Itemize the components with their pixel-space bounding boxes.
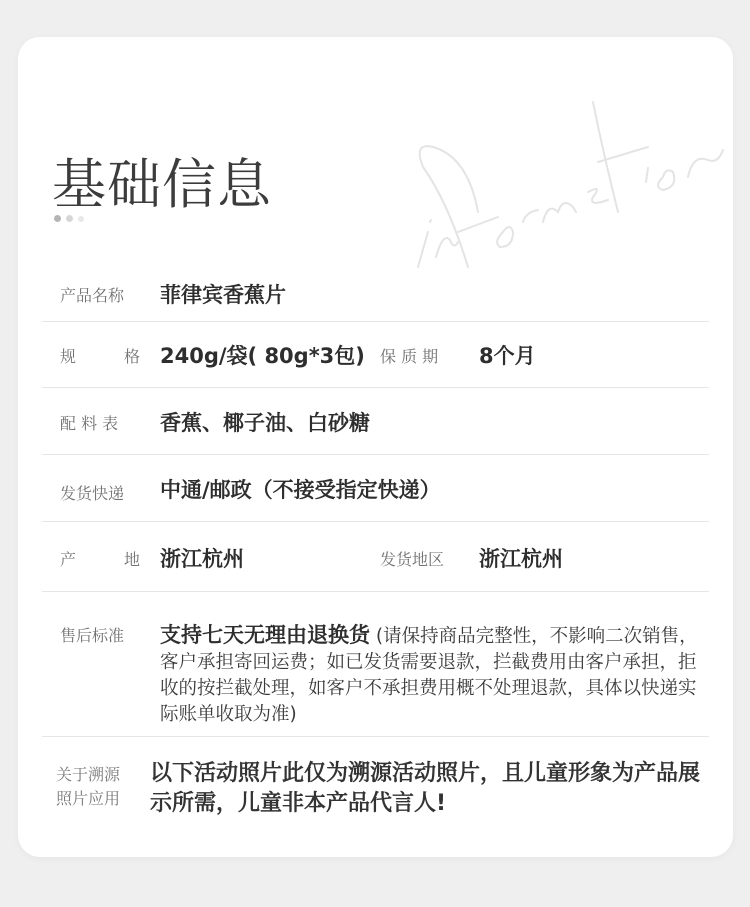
spec-label: 规 格 xyxy=(60,347,140,367)
spec-label-right: 格 xyxy=(124,347,140,367)
trace-photos-label-line2: 照片应用 xyxy=(56,787,140,811)
row-origin: 产 地 浙江杭州 发货地区 浙江杭州 xyxy=(42,522,709,592)
ship-region-value: 浙江杭州 xyxy=(479,546,563,572)
after-sale-headline: 支持七天无理由退换货 xyxy=(160,623,370,647)
product-name-value: 菲律宾香蕉片 xyxy=(160,282,286,308)
trace-photos-label-line1: 关于溯源 xyxy=(56,763,140,787)
page-indicator xyxy=(54,215,84,222)
origin-label-right: 地 xyxy=(124,550,140,570)
ingredients-value: 香蕉、椰子油、白砂糖 xyxy=(160,410,370,436)
shipping-value: 中通/邮政（不接受指定快递） xyxy=(160,477,441,503)
indicator-dot xyxy=(78,216,84,222)
information-watermark xyxy=(388,92,728,282)
basic-info-card: 基础信息 产品名称 菲律宾香蕉片 规 格 240g/袋( 80g*3包) 保 质… xyxy=(18,37,733,857)
after-sale-label: 售后标准 xyxy=(60,626,124,646)
row-shipping: 发货快递 中通/邮政（不接受指定快递） xyxy=(42,455,709,522)
spec-value: 240g/袋( 80g*3包) xyxy=(160,343,365,369)
spec-label-left: 规 xyxy=(60,347,76,367)
shipping-label: 发货快递 xyxy=(60,484,124,504)
row-product-name: 产品名称 菲律宾香蕉片 xyxy=(42,262,709,322)
indicator-dot xyxy=(54,215,61,222)
row-spec: 规 格 240g/袋( 80g*3包) 保 质 期 8个月 xyxy=(42,322,709,388)
ingredients-label: 配 料 表 xyxy=(60,414,118,434)
trace-photos-value: 以下活动照片此仅为溯源活动照片，且儿童形象为产品展示所需，儿童非本产品代言人! xyxy=(150,759,710,819)
row-after-sale: 售后标准 支持七天无理由退换货 (请保持商品完整性，不影响二次销售，客户承担寄回… xyxy=(42,592,709,737)
row-ingredients: 配 料 表 香蕉、椰子油、白砂糖 xyxy=(42,388,709,455)
page-title: 基础信息 xyxy=(52,155,272,215)
after-sale-text: 支持七天无理由退换货 (请保持商品完整性，不影响二次销售，客户承担寄回运费；如已… xyxy=(160,622,700,728)
shelf-life-value: 8个月 xyxy=(479,343,536,369)
row-trace-photos: 关于溯源 照片应用 以下活动照片此仅为溯源活动照片，且儿童形象为产品展示所需，儿… xyxy=(42,737,709,847)
origin-value: 浙江杭州 xyxy=(160,546,244,572)
ship-region-label: 发货地区 xyxy=(380,550,444,570)
origin-label: 产 地 xyxy=(60,550,140,570)
shelf-life-label: 保 质 期 xyxy=(380,347,438,367)
product-name-label: 产品名称 xyxy=(60,286,124,306)
trace-photos-label: 关于溯源 照片应用 xyxy=(56,763,140,811)
origin-label-left: 产 xyxy=(60,550,76,570)
indicator-dot xyxy=(66,215,73,222)
